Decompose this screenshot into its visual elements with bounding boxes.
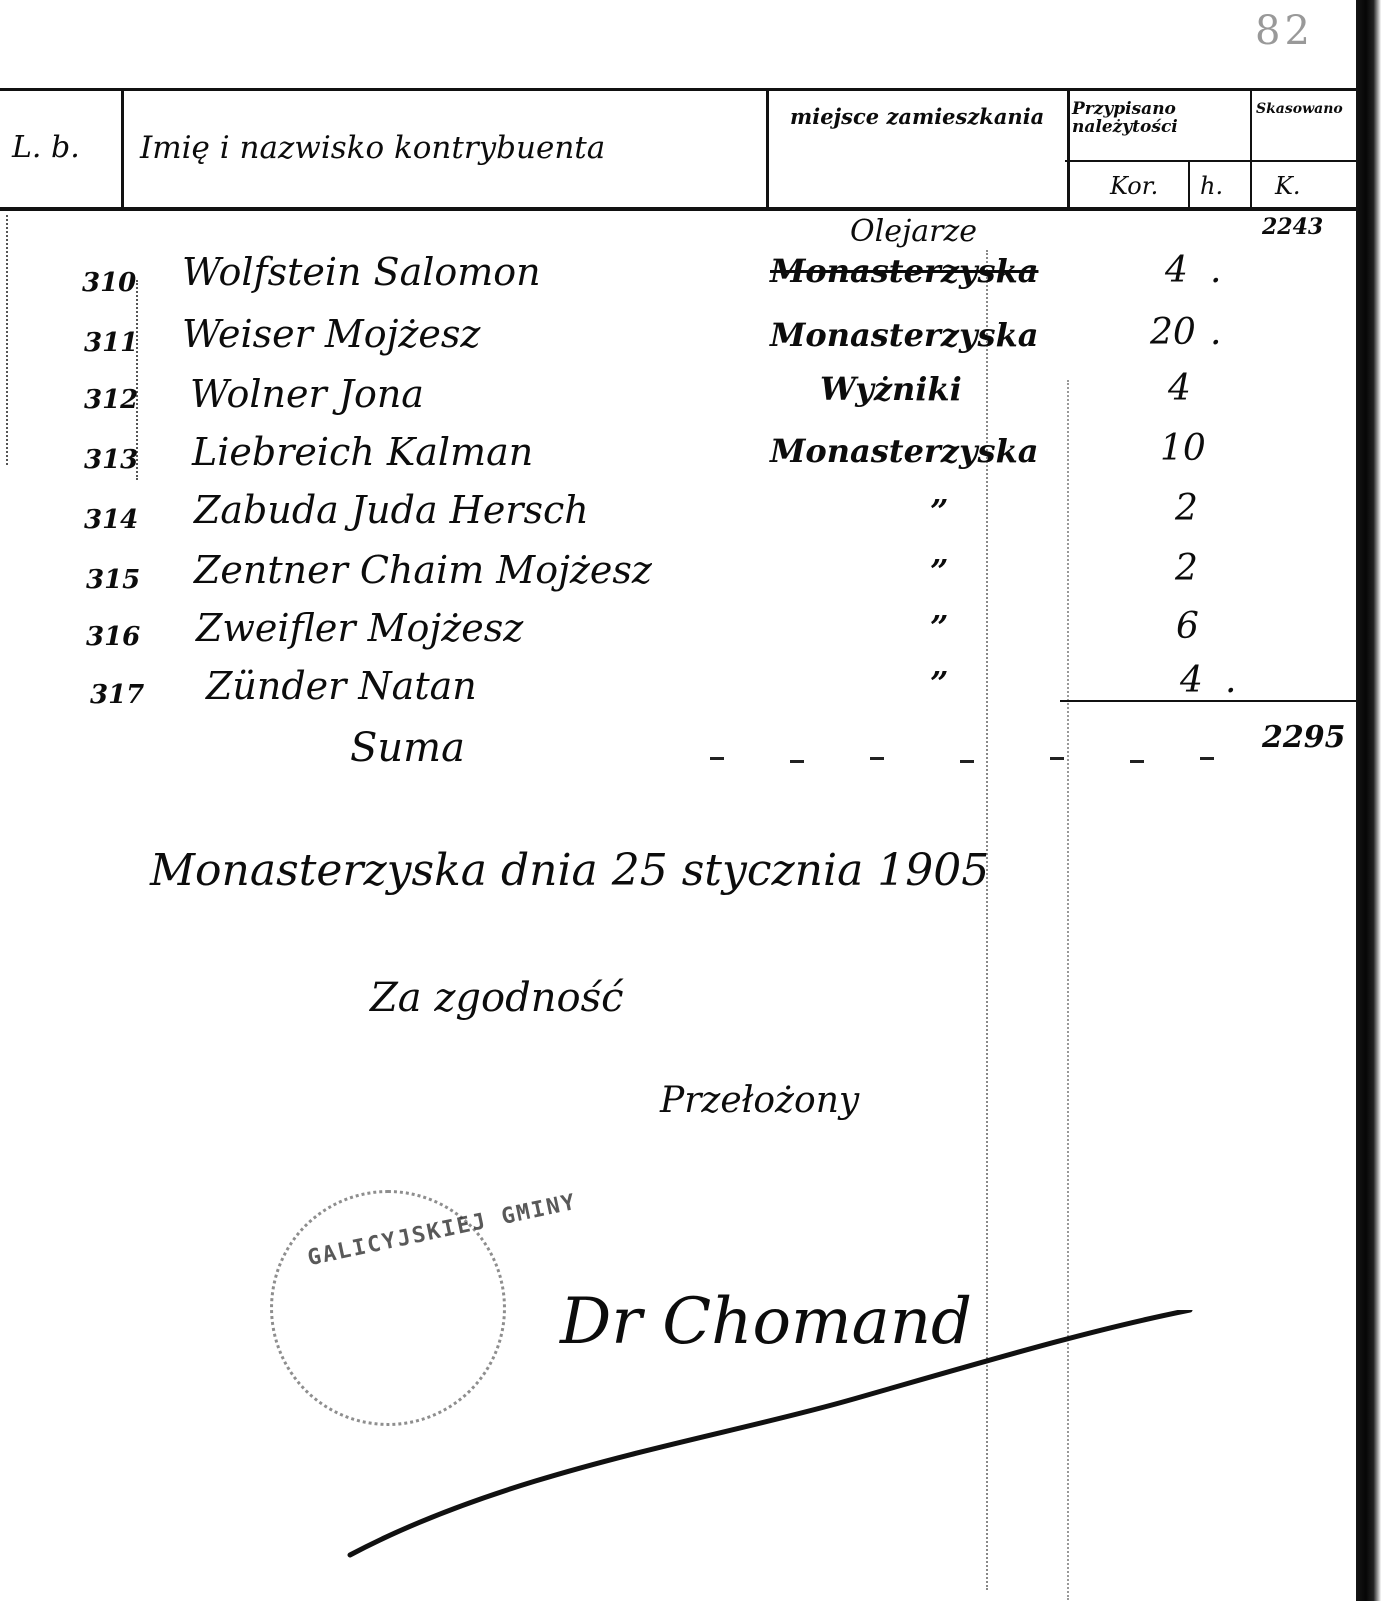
col-divider-kor [1188,162,1190,208]
page-number: 82 [1255,8,1314,54]
header-assessed: Przypisano należytości [1072,100,1247,136]
row-amount-kor: 4 [1165,250,1188,291]
carry-forward-value: 2243 [1262,214,1323,240]
row-amount-kor: 4 [1180,660,1203,701]
row-name: Zweifler Mojżesz [196,606,523,650]
row-name: Zünder Natan [206,664,477,708]
signature-flourish [330,1310,1230,1570]
sum-label: Suma [350,725,465,771]
leader-dash [870,757,884,760]
leader-dash [1200,757,1214,760]
header-residence: miejsce zamieszkania [790,104,1060,130]
row-lp: 314 [84,505,138,535]
row-residence: Monasterzyska [770,252,1038,290]
row-name: Liebreich Kalman [192,430,533,474]
sum-rule [1060,700,1356,702]
row-residence: ” [930,492,948,530]
row-lp: 315 [86,565,140,595]
dotted-rule [6,215,8,465]
table-top-border [0,88,1356,91]
header-name: Imię i nazwisko kontrybuenta [140,130,605,166]
header-remitted: Skasowano [1256,100,1352,118]
row-residence: Wyżniki [820,370,962,408]
row-amount-kor: 4 [1168,368,1191,409]
row-name: Zentner Chaim Mojżesz [194,548,652,592]
subheader-line [1065,160,1356,162]
scan-edge [1356,0,1381,1601]
row-lp: 316 [86,622,140,652]
official-role: Przełożony [660,1080,859,1121]
attestation: Za zgodność [370,975,624,1021]
row-residence-correction: Olejarze [850,214,977,249]
row-amount-kor: 2 [1175,548,1198,589]
place-date: Monasterzyska dnia 25 stycznia 1905 [150,845,989,896]
row-amount-kor: 20 [1150,312,1196,353]
subheader-h: h. [1200,172,1223,200]
row-amount-kor: 6 [1176,606,1199,647]
row-residence: ” [930,664,948,702]
subheader-kor: Kor. [1110,172,1158,200]
subheader-k: K. [1275,172,1301,200]
row-lp: 312 [84,385,138,415]
leader-dash [960,760,974,763]
row-residence: Monasterzyska [770,316,1038,354]
row-residence: ” [930,608,948,646]
col-divider-h [1250,90,1252,208]
row-lp: 311 [84,328,138,358]
row-name: Zabuda Juda Hersch [194,488,589,532]
col-divider-residence [1067,90,1070,208]
row-name: Wolner Jona [190,372,424,416]
row-amount-kor: 10 [1160,428,1206,469]
row-amount-h: . [1210,312,1221,353]
row-lp: 313 [84,445,138,475]
row-lp: 310 [82,268,136,298]
row-amount-h: . [1210,250,1221,291]
leader-dash [710,757,724,760]
header-lp: L. b. [12,130,80,165]
leader-dash [1050,757,1064,760]
row-amount-h: . [1225,660,1236,701]
leader-dash [1130,760,1144,763]
row-residence: ” [930,552,948,590]
row-lp: 317 [90,680,144,710]
leader-dash [790,760,804,763]
col-divider-name [766,90,769,208]
row-residence: Monasterzyska [770,432,1038,470]
row-name: Weiser Mojżesz [182,312,480,356]
header-bottom-border [0,207,1356,211]
sum-value: 2295 [1262,720,1346,755]
col-divider-lp [121,90,124,208]
row-amount-kor: 2 [1175,488,1198,529]
row-name: Wolfstein Salomon [182,250,541,294]
